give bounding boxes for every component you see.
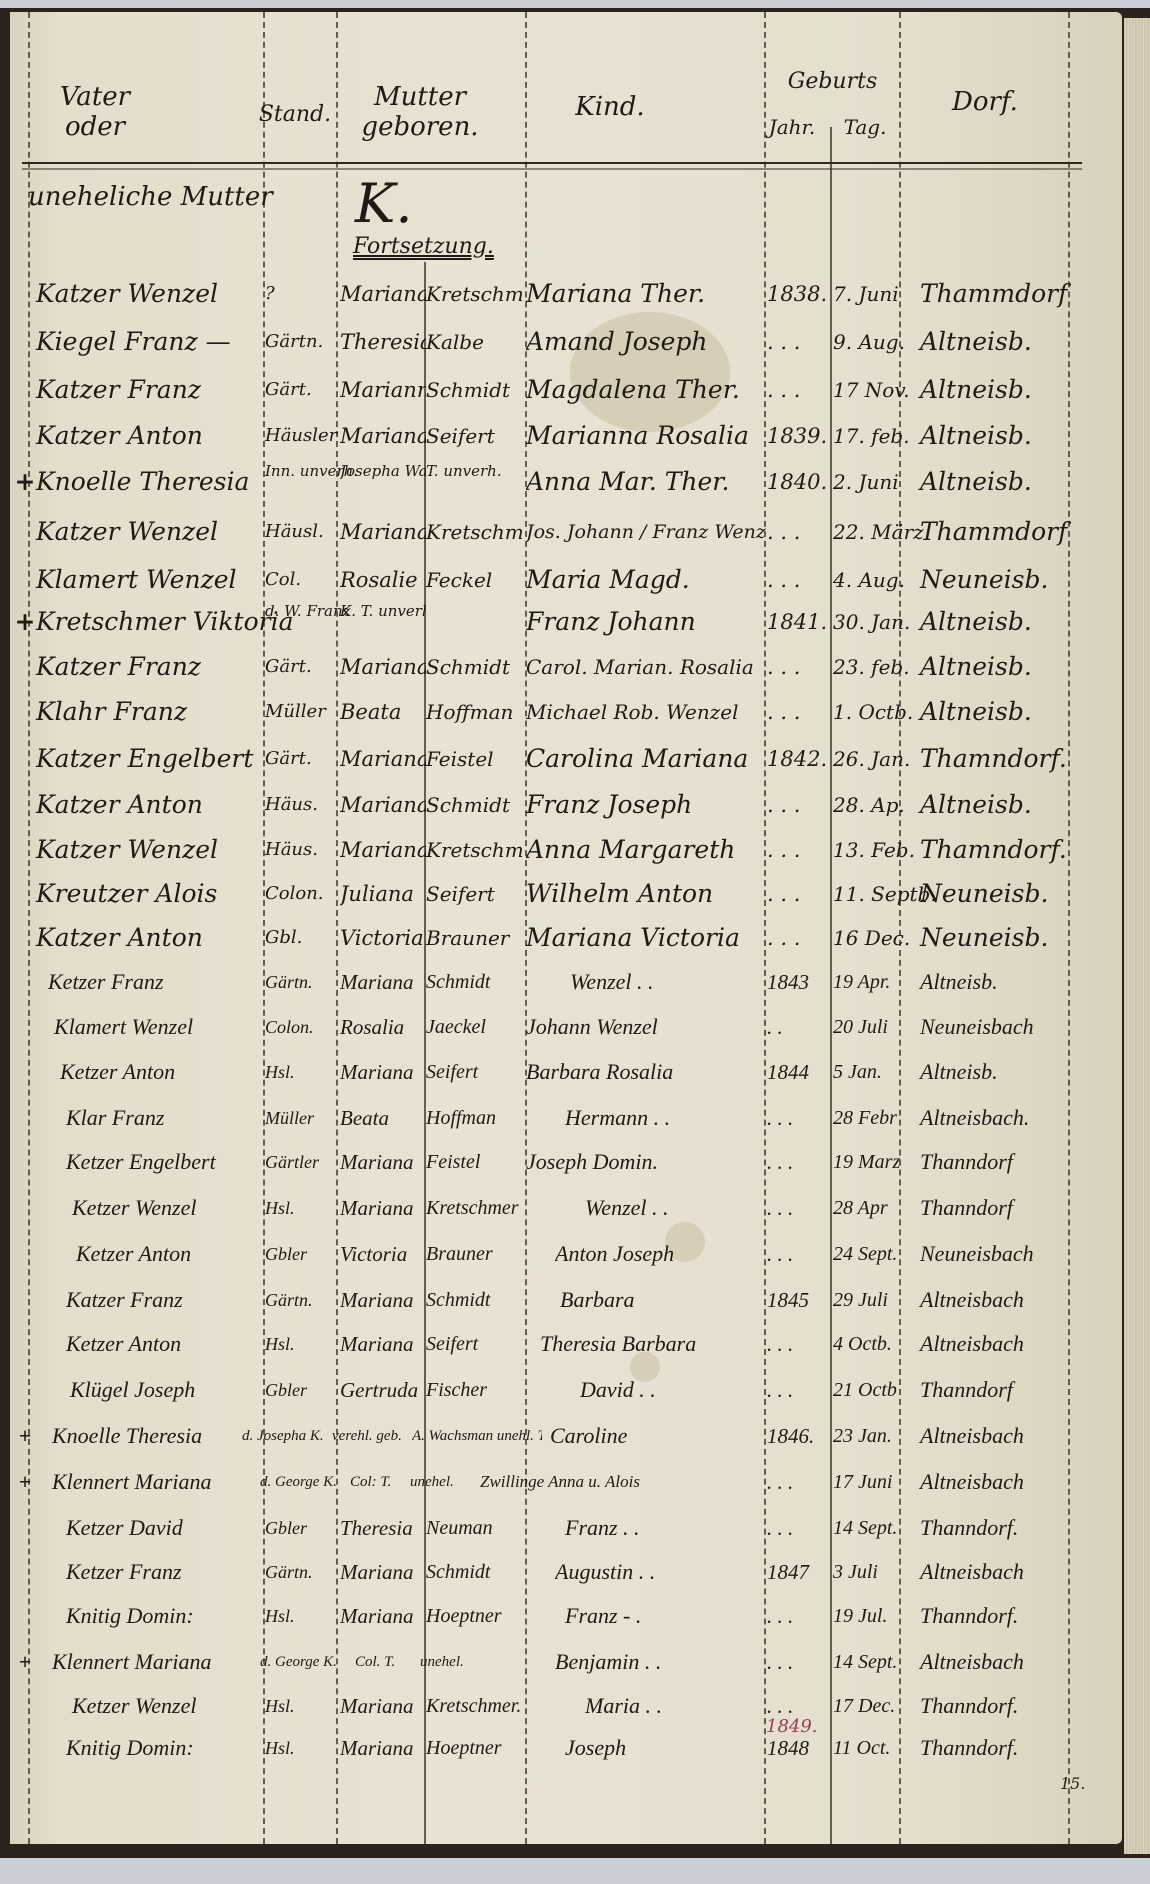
village: Altneisb. — [920, 370, 1100, 410]
birth-day: 21 Octb — [833, 1370, 918, 1410]
header-child: Kind. — [555, 92, 665, 122]
mother-last: T. unverh. — [426, 462, 522, 480]
village: Thammdorf — [920, 274, 1100, 314]
mother-first: verehl. geb. — [332, 1416, 412, 1456]
mother-first: Beata — [340, 692, 426, 732]
deceased-mark: + — [14, 462, 36, 502]
birth-day: 22. März — [833, 512, 918, 552]
table-row: Katzer WenzelHäusl.MarianaKretschmerJos.… — [10, 512, 1122, 552]
mother-last: Brauner — [426, 1234, 522, 1274]
mother-last: Seifert — [426, 1052, 522, 1092]
status: Hsl. — [265, 1324, 335, 1364]
mother-first: Mariana — [340, 1596, 426, 1636]
birth-year: . . . — [767, 1234, 829, 1274]
birth-day: 29 Juli — [833, 1280, 918, 1320]
birth-year: . . . — [767, 1596, 829, 1636]
birth-day: 28 Febr — [833, 1098, 918, 1138]
birth-year: . . . — [767, 1324, 829, 1364]
status: Gärtler — [265, 1142, 335, 1182]
village: Altneisbach — [920, 1280, 1100, 1320]
birth-day: 11. Septb. — [833, 874, 918, 914]
table-row: Ketzer WenzelHsl.MarianaKretschmerWenzel… — [10, 1188, 1122, 1228]
birth-year: . . . — [767, 370, 829, 410]
table-row: Katzer AntonGbl.VictoriaBraunerMariana V… — [10, 918, 1122, 958]
table-row: Kiegel Franz —Gärtn.TheresiaKalbeAmand J… — [10, 322, 1122, 362]
status: Gärt. — [265, 739, 335, 779]
status: ? — [265, 274, 335, 314]
mother-last: Schmidt — [426, 370, 522, 410]
mother-first: Mariana — [340, 647, 426, 687]
birth-year: 1841. — [767, 602, 829, 642]
birth-year: . . . — [767, 1142, 829, 1182]
child-name: Anna Margareth — [526, 830, 766, 870]
village: Altneisbach — [920, 1416, 1100, 1456]
mother-first: Beata — [340, 1098, 426, 1138]
village: Altneisb. — [920, 647, 1100, 687]
mother-first: Mariana — [340, 785, 426, 825]
birth-year: . . . — [767, 830, 829, 870]
birth-year: . . . — [767, 322, 829, 362]
mother-last: Feistel — [426, 739, 522, 779]
birth-day: 20 Juli — [833, 1007, 918, 1047]
village: Altneisb. — [920, 416, 1100, 456]
mother-first: Mariana — [340, 1188, 426, 1228]
father-name: Katzer Anton — [36, 416, 266, 456]
mother-first: Mariana — [340, 962, 426, 1002]
status: Häus. — [265, 830, 335, 870]
status: Häusler — [265, 416, 335, 456]
child-name: Amand Joseph — [526, 322, 766, 362]
birth-year: . . . — [767, 692, 829, 732]
village: Altneisbach — [920, 1642, 1100, 1682]
table-row: Knitig Domin:Hsl.MarianaHoeptnerFranz - … — [10, 1596, 1122, 1636]
ledger-book: Vater oder Stand. Mutter geboren. Kind. … — [0, 8, 1150, 1858]
table-row: Knitig Domin:Hsl.MarianaHoeptnerJoseph18… — [10, 1728, 1122, 1768]
birth-day: 28. Ap. — [833, 785, 918, 825]
village: Neuneisb. — [920, 874, 1100, 914]
birth-day: 17 Nov. — [833, 370, 918, 410]
header-birth: Geburts — [765, 67, 900, 97]
child-name: Maria Magd. — [526, 560, 766, 600]
status: Gbler — [265, 1234, 335, 1274]
status: Col. — [265, 560, 335, 600]
village: Altneisb. — [920, 322, 1100, 362]
table-row: Ketzer WenzelHsl.MarianaKretschmer.Maria… — [10, 1686, 1122, 1726]
child-name: Franz Johann — [526, 602, 766, 642]
birth-year: 1838. — [767, 274, 829, 314]
header-rule — [22, 162, 1082, 164]
mother-last: Kretschmer — [426, 512, 522, 552]
mother-last: Kalbe — [426, 322, 522, 362]
father-name: Klamert Wenzel — [54, 1007, 284, 1047]
birth-day: 17. feb. — [833, 416, 918, 456]
birth-year: . . — [767, 1007, 829, 1047]
child-name: Zwillinge Anna u. Alois — [480, 1462, 760, 1502]
birth-day: 4 Octb. — [833, 1324, 918, 1364]
mother-last: Schmidt — [426, 647, 522, 687]
mother-last: Jaeckel — [426, 1007, 522, 1047]
village: Altneisb. — [920, 692, 1100, 732]
village: Altneisb. — [920, 602, 1100, 642]
mother-last: Schmidt — [426, 1552, 522, 1592]
status: Hsl. — [265, 1188, 335, 1228]
mother-last: Kretschmer — [426, 274, 522, 314]
header-birth-day: Tag. — [832, 112, 898, 142]
father-name: Katzer Franz — [36, 370, 266, 410]
birth-year: . . . — [767, 1370, 829, 1410]
mother-first: Victoria — [340, 1234, 426, 1274]
village: Thanndorf. — [920, 1596, 1100, 1636]
father-name: Ketzer Anton — [66, 1324, 296, 1364]
birth-day: 14 Sept. — [833, 1508, 918, 1548]
status: d. Josepha K. — [242, 1416, 312, 1456]
birth-year: 1847 — [767, 1552, 829, 1592]
mother-last: Hoffman — [426, 1098, 522, 1138]
birth-day: 19 Apr. — [833, 962, 918, 1002]
mother-first: K. T. unverh. — [340, 602, 426, 620]
birth-day: 14 Sept. — [833, 1642, 918, 1682]
child-name: Anton Joseph — [555, 1234, 795, 1274]
mother-first: Mariana — [340, 512, 426, 552]
mother-last: Schmidt — [426, 785, 522, 825]
header-father: Vater oder — [40, 82, 150, 142]
village: Neuneisb. — [920, 918, 1100, 958]
village: Neuneisbach — [920, 1007, 1100, 1047]
table-row: Katzer FranzGärt.MarianaSchmidtCarol. Ma… — [10, 647, 1122, 687]
mother-first: Mariana — [340, 1686, 426, 1726]
father-name: Ketzer Engelbert — [66, 1142, 296, 1182]
child-name: Franz Joseph — [526, 785, 766, 825]
deceased-mark: + — [14, 1416, 36, 1456]
birth-day: 19 Marz — [833, 1142, 918, 1182]
birth-year: . . . — [767, 560, 829, 600]
birth-year: . . . — [767, 512, 829, 552]
father-name: Kreutzer Alois — [36, 874, 266, 914]
mother-first: Theresia — [340, 1508, 426, 1548]
father-name: Kiegel Franz — — [36, 322, 266, 362]
birth-year: . . . — [767, 647, 829, 687]
mother-first: Rosalia — [340, 1007, 426, 1047]
village: Altneisb. — [920, 785, 1100, 825]
table-row: Katzer AntonHäuslerMarianaSeifertMariann… — [10, 416, 1122, 456]
status: Gärtn. — [265, 1552, 335, 1592]
birth-day: 11 Oct. — [833, 1728, 918, 1768]
status: Gärtn. — [265, 1280, 335, 1320]
birth-day: 28 Apr — [833, 1188, 918, 1228]
table-row: Katzer EngelbertGärt.MarianaFeistelCarol… — [10, 739, 1122, 779]
child-name: Marianna Rosalia — [526, 416, 766, 456]
birth-day: 16 Dec. — [833, 918, 918, 958]
child-name: Caroline — [550, 1416, 790, 1456]
birth-day: 30. Jan. — [833, 602, 918, 642]
birth-year: 1846. — [767, 1416, 829, 1456]
father-name: Katzer Anton — [36, 918, 266, 958]
mother-first: Victoria — [340, 918, 426, 958]
mother-first: Marianna — [340, 370, 426, 410]
header-status: Stand. — [255, 100, 335, 130]
birth-year: 1842. — [767, 739, 829, 779]
deceased-mark: + — [14, 1462, 36, 1502]
mother-last: Neuman — [426, 1508, 522, 1548]
birth-day: 17 Dec. — [833, 1686, 918, 1726]
table-row: Klar FranzMüllerBeataHoffmanHermann . ..… — [10, 1098, 1122, 1138]
child-name: Barbara Rosalia — [526, 1052, 766, 1092]
father-name: Knoelle Theresia — [36, 462, 266, 502]
birth-day: 1. Octb. — [833, 692, 918, 732]
mother-last: Hoeptner — [426, 1596, 522, 1636]
status: Gärtn. — [265, 962, 335, 1002]
father-name: Katzer Anton — [36, 785, 266, 825]
birth-day: 24 Sept. — [833, 1234, 918, 1274]
mother-first: Mariana — [340, 274, 426, 314]
mother-last: Seifert — [426, 416, 522, 456]
birth-day: 23. feb. — [833, 647, 918, 687]
father-name: Katzer Franz — [66, 1280, 296, 1320]
child-name: Jos. Johann / Franz Wenzel — [526, 512, 766, 552]
table-row: Katzer Wenzel?MarianaKretschmerMariana T… — [10, 274, 1122, 314]
header-birth-year: Jahr. — [762, 112, 822, 142]
table-row: Klamert WenzelColon.RosaliaJaeckelJohann… — [10, 1007, 1122, 1047]
birth-day: 5 Jan. — [833, 1052, 918, 1092]
birth-day: 9. Aug. — [833, 322, 918, 362]
table-row: Kreutzer AloisColon.JulianaSeifertWilhel… — [10, 874, 1122, 914]
mother-last: Brauner — [426, 918, 522, 958]
status: Gbler — [265, 1508, 335, 1548]
mother-first: Mariana — [340, 830, 426, 870]
village: Thamndorf. — [920, 830, 1100, 870]
child-name: Johann Wenzel — [526, 1007, 766, 1047]
deceased-mark: + — [14, 602, 36, 642]
father-name: Klennert Mariana — [52, 1462, 282, 1502]
father-name: Katzer Wenzel — [36, 274, 266, 314]
mother-first: Mariana — [340, 1052, 426, 1092]
mother-first: Theresia — [340, 322, 426, 362]
header-rule — [22, 168, 1082, 170]
mother-first: Mariana — [340, 1552, 426, 1592]
status: Gbler — [265, 1370, 335, 1410]
status: Gärt. — [265, 647, 335, 687]
child-name: Michael Rob. Wenzel — [526, 692, 766, 732]
section-note: uneheliche Mutter — [28, 182, 273, 212]
mother-first: Rosalie — [340, 560, 426, 600]
birth-year: 1843 — [767, 962, 829, 1002]
mother-last: Hoeptner — [426, 1728, 522, 1768]
birth-year: . . . — [767, 918, 829, 958]
table-row: Katzer WenzelHäus.MarianaKretschmerAnna … — [10, 830, 1122, 870]
village: Altneisb. — [920, 962, 1100, 1002]
child-name: Wilhelm Anton — [526, 874, 766, 914]
status: Hsl. — [265, 1728, 335, 1768]
table-row: Ketzer AntonGblerVictoriaBraunerAnton Jo… — [10, 1234, 1122, 1274]
header-mother: Mutter geboren. — [345, 82, 495, 142]
birth-year: . . . — [767, 1642, 829, 1682]
mother-first: Mariana — [340, 739, 426, 779]
birth-day: 7. Juni — [833, 274, 918, 314]
father-name: Klamert Wenzel — [36, 560, 266, 600]
table-row: Ketzer DavidGblerTheresiaNeumanFranz . .… — [10, 1508, 1122, 1548]
table-row: Klahr FranzMüllerBeataHoffmanMichael Rob… — [10, 692, 1122, 732]
status: Müller — [265, 692, 335, 732]
status: Gärtn. — [265, 322, 335, 362]
birth-year: . . . — [767, 874, 829, 914]
mother-last: Schmidt — [426, 1280, 522, 1320]
continuation-label: Fortsetzung. — [353, 234, 494, 259]
mother-first: Mariana — [340, 1142, 426, 1182]
village: Thanndorf. — [920, 1508, 1100, 1548]
birth-day: 23 Jan. — [833, 1416, 918, 1456]
father-name: Knitig Domin: — [66, 1728, 296, 1768]
table-row: Katzer FranzGärt.MariannaSchmidtMagdalen… — [10, 370, 1122, 410]
table-row: +Klennert Marianad. George K.Col: T.uneh… — [10, 1462, 1122, 1502]
father-name: Kretschmer Viktoria — [36, 602, 266, 642]
status: d. George K. — [260, 1462, 350, 1502]
status: Gbl. — [265, 918, 335, 958]
child-name: Joseph Domin. — [526, 1142, 766, 1182]
birth-year: . . . — [767, 785, 829, 825]
child-name: Mariana Victoria — [526, 918, 766, 958]
section-letter: K. — [355, 172, 413, 235]
table-row: +Klennert Marianad. George K.Col. T.uneh… — [10, 1642, 1122, 1682]
birth-year: 1839. — [767, 416, 829, 456]
mother-first: Gertruda — [340, 1370, 426, 1410]
status: Colon. — [265, 1007, 335, 1047]
village: Thammdorf — [920, 512, 1100, 552]
status: Hsl. — [265, 1052, 335, 1092]
header-village: Dorf. — [930, 87, 1040, 117]
birth-year: . . . — [767, 1462, 829, 1502]
table-row: Ketzer FranzGärtn.MarianaSchmidtWenzel .… — [10, 962, 1122, 1002]
father-name: Katzer Wenzel — [36, 512, 266, 552]
village: Thanndorf. — [920, 1728, 1100, 1768]
table-row: Ketzer AntonHsl.MarianaSeifertTheresia B… — [10, 1324, 1122, 1364]
birth-year: . . . — [767, 1188, 829, 1228]
village: Altneisbach — [920, 1462, 1100, 1502]
village: Altneisb. — [920, 462, 1100, 502]
village: Thanndorf. — [920, 1686, 1100, 1726]
child-name: Carolina Mariana — [526, 739, 766, 779]
mother-last: Kretschmer — [426, 830, 522, 870]
mother-last: Schmidt — [426, 962, 522, 1002]
village: Thanndorf — [920, 1142, 1100, 1182]
mother-last: Kretschmer. — [426, 1686, 522, 1726]
birth-year: . . . — [767, 1508, 829, 1548]
birth-day: 3 Juli — [833, 1552, 918, 1592]
status: Hsl. — [265, 1596, 335, 1636]
red-ink-year: 1849. — [766, 1716, 818, 1737]
page-edges — [1124, 18, 1150, 1854]
table-row: +Kretschmer Viktoriad. W. FranzK. T. unv… — [10, 602, 1122, 642]
child-name: Augustin . . — [555, 1552, 795, 1592]
status: Inn. unverh. — [265, 462, 335, 480]
birth-year: 1840. — [767, 462, 829, 502]
table-row: Klamert WenzelCol.RosalieFeckelMaria Mag… — [10, 560, 1122, 600]
mother-first: Mariana — [340, 1728, 426, 1768]
mother-last: Kretschmer — [426, 1188, 522, 1228]
village: Neuneisbach — [920, 1234, 1100, 1274]
mother-first: Juliana — [340, 874, 426, 914]
table-row: Ketzer FranzGärtn.MarianaSchmidtAugustin… — [10, 1552, 1122, 1592]
status: Colon. — [265, 874, 335, 914]
birth-year: . . . — [767, 1098, 829, 1138]
table-row: +Knoelle Theresiad. Josepha K.verehl. ge… — [10, 1416, 1122, 1456]
birth-year: 1844 — [767, 1052, 829, 1092]
status: Müller — [265, 1098, 335, 1138]
table-row: Katzer FranzGärtn.MarianaSchmidtBarbara1… — [10, 1280, 1122, 1320]
father-name: Ketzer Franz — [48, 962, 278, 1002]
child-name: Benjamin . . — [555, 1642, 795, 1682]
father-name: Klar Franz — [66, 1098, 296, 1138]
mother-first: Mariana — [340, 416, 426, 456]
birth-day: 13. Feb. — [833, 830, 918, 870]
mother-first: Josepha Wachsmann — [340, 462, 426, 480]
village: Thamndorf. — [920, 739, 1100, 779]
father-name: Ketzer Franz — [66, 1552, 296, 1592]
status: Gärt. — [265, 370, 335, 410]
status: d. W. Franz — [265, 602, 335, 620]
father-name: Ketzer David — [66, 1508, 296, 1548]
mother-last: unehel. — [420, 1642, 516, 1682]
father-name: Ketzer Anton — [60, 1052, 290, 1092]
table-row: Klügel JosephGblerGertrudaFischerDavid .… — [10, 1370, 1122, 1410]
child-name: Theresia Barbara — [540, 1324, 780, 1364]
status: Häusl. — [265, 512, 335, 552]
child-name: Magdalena Ther. — [526, 370, 766, 410]
mother-last: Feistel — [426, 1142, 522, 1182]
mother-last: Hoffman — [426, 692, 522, 732]
village: Thanndorf — [920, 1370, 1100, 1410]
father-name: Klahr Franz — [36, 692, 266, 732]
mother-last: Seifert — [426, 874, 522, 914]
mother-last: Feckel — [426, 560, 522, 600]
child-name: Mariana Ther. — [526, 274, 766, 314]
father-name: Klennert Mariana — [52, 1642, 282, 1682]
page-number: 15. — [1060, 1774, 1085, 1793]
status: Häus. — [265, 785, 335, 825]
village: Altneisbach. — [920, 1098, 1100, 1138]
mother-last: A. Wachsman unehl. T. — [412, 1416, 542, 1456]
village: Altneisb. — [920, 1052, 1100, 1092]
mother-last: Fischer — [426, 1370, 522, 1410]
village: Altneisbach — [920, 1552, 1100, 1592]
father-name: Knitig Domin: — [66, 1596, 296, 1636]
status: Hsl. — [265, 1686, 335, 1726]
table-row: +Knoelle TheresiaInn. unverh.Josepha Wac… — [10, 462, 1122, 502]
birth-day: 17 Juni — [833, 1462, 918, 1502]
father-name: Katzer Franz — [36, 647, 266, 687]
register-page: Vater oder Stand. Mutter geboren. Kind. … — [10, 12, 1122, 1844]
table-row: Katzer AntonHäus.MarianaSchmidtFranz Jos… — [10, 785, 1122, 825]
father-name: Katzer Engelbert — [36, 739, 266, 779]
table-row: Ketzer AntonHsl.MarianaSeifertBarbara Ro… — [10, 1052, 1122, 1092]
table-row: Ketzer EngelbertGärtlerMarianaFeistelJos… — [10, 1142, 1122, 1182]
deceased-mark: + — [14, 1642, 36, 1682]
mother-last: Seifert — [426, 1324, 522, 1364]
birth-day: 26. Jan. — [833, 739, 918, 779]
child-name: Anna Mar. Ther. — [526, 462, 766, 502]
village: Thanndorf — [920, 1188, 1100, 1228]
mother-first: Mariana — [340, 1280, 426, 1320]
father-name: Katzer Wenzel — [36, 830, 266, 870]
birth-day: 4. Aug. — [833, 560, 918, 600]
village: Altneisbach — [920, 1324, 1100, 1364]
village: Neuneisb. — [920, 560, 1100, 600]
status: d. George K. — [260, 1642, 350, 1682]
birth-day: 2. Juni — [833, 462, 918, 502]
birth-year: 1845 — [767, 1280, 829, 1320]
child-name: Carol. Marian. Rosalia — [526, 647, 766, 687]
birth-day: 19 Jul. — [833, 1596, 918, 1636]
mother-first: Mariana — [340, 1324, 426, 1364]
